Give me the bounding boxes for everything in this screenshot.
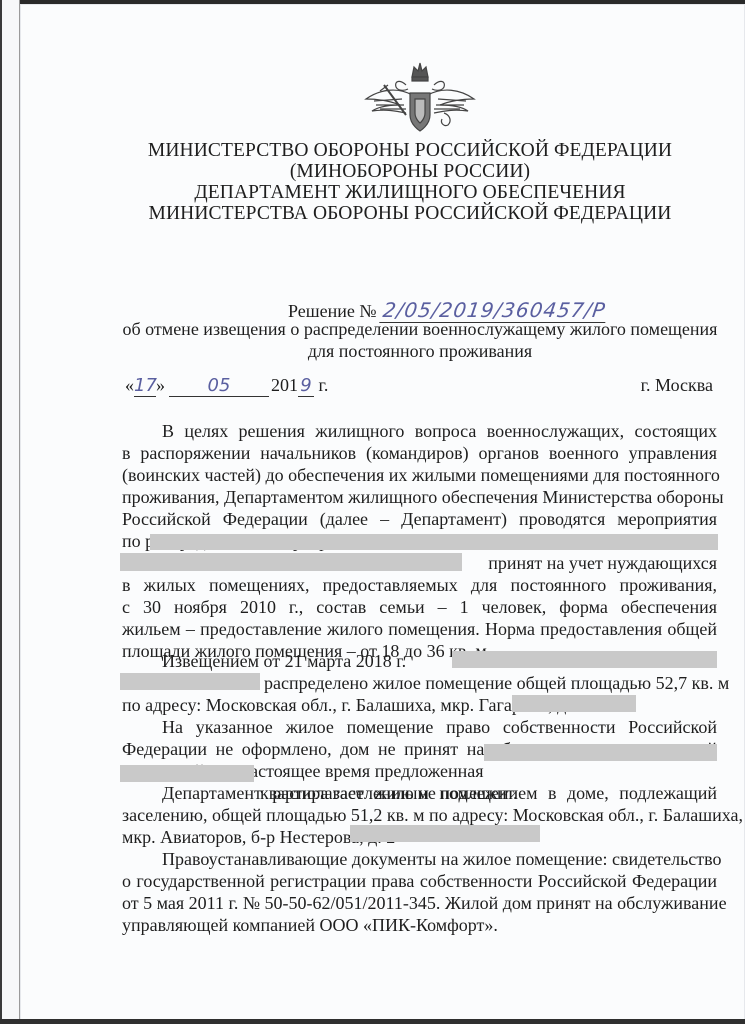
p6-line-3: от 5 мая 2011 г. № 50-50-62/051/2011-345… [122,893,727,913]
redacted-name-4 [120,765,254,782]
date-year-suffix: 9 [298,375,314,397]
date-close-quote: » [156,375,165,395]
redacted-address-2 [350,825,540,842]
p1-line-2: в распоряжении начальников (командиров) … [122,443,717,463]
redacted-name-line-2 [120,553,462,571]
p1-line-5: Российской Федерации (далее – Департамен… [122,509,717,529]
redacted-name-line-1 [150,534,718,550]
subtitle-line-2: для постоянного проживания [120,340,720,362]
double-headed-eagle-emblem-icon [362,55,478,135]
header-line-ministry-2: МИНИСТЕРСТВА ОБОРОНЫ РОССИЙСКОЙ ФЕДЕРАЦИ… [140,203,680,224]
p5-line-2: заселению, общей площадью 51,2 кв. м по … [122,805,743,825]
decision-subtitle: об отмене извещения о распределении воен… [120,318,720,362]
p6-line-4: управляющей компанией ООО «ПИК-Комфорт». [122,915,498,935]
p1-line-4: проживания, Департаментом жилищного обес… [122,487,724,507]
scan-left-edge [0,0,20,1024]
p2-line-1: принят на учет нуждающихся [488,553,717,573]
p3-line-2: распределено жилое помещение общей площа… [264,673,729,693]
p4-line-1: На указанное жилое помещение право собст… [162,717,717,737]
date-month: 05 [169,375,269,397]
redacted-recipient-1 [452,651,717,668]
date-open-quote: « [125,375,134,395]
p2-line-4: жильем – предоставление жилого помещения… [122,619,717,639]
p5-line-1: Департамент располагает жилым помещением… [162,783,717,803]
p3-line-1: Извещением от 21 марта 2018 г. [162,651,406,671]
header-line-abbr: (МИНОБОРОНЫ РОССИИ) [140,161,680,182]
p2-line-2: в жилых помещениях, предоставляемых для … [122,575,717,595]
city: г. Москва [641,375,713,396]
redacted-recipient-2 [120,673,260,690]
header-line-ministry: МИНИСТЕРСТВО ОБОРОНЫ РОССИЙСКОЙ ФЕДЕРАЦИ… [140,140,680,161]
ministry-header: МИНИСТЕРСТВО ОБОРОНЫ РОССИЙСКОЙ ФЕДЕРАЦИ… [140,140,680,224]
p1-line-3: (воинских частей) до обеспечения их жилы… [122,465,720,485]
decision-date: «17»052019 г. [125,375,328,397]
date-day: 17 [134,375,156,397]
paragraph-documents: Правоустанавливающие документы на жилое … [122,848,717,936]
date-year-unit: г. [319,375,329,395]
date-year-prefix: 201 [271,375,298,395]
header-line-department: ДЕПАРТАМЕНТ ЖИЛИЩНОГО ОБЕСПЕЧЕНИЯ [140,182,680,203]
scan-bottom-edge [0,1019,745,1024]
p6-line-1: Правоустанавливающие документы на жилое … [162,849,722,869]
subtitle-line-1: об отмене извещения о распределении воен… [120,318,720,340]
p2-line-3: с 30 ноября 2010 г., состав семьи – 1 че… [122,597,717,617]
paragraph-purpose: В целях решения жилищного вопроса военно… [122,420,717,552]
redacted-address-1 [512,695,636,712]
redacted-name-3 [484,744,717,761]
p1-line-1: В целях решения жилищного вопроса военно… [162,421,717,441]
p6-line-2: о государственной регистрации права собс… [122,871,717,891]
